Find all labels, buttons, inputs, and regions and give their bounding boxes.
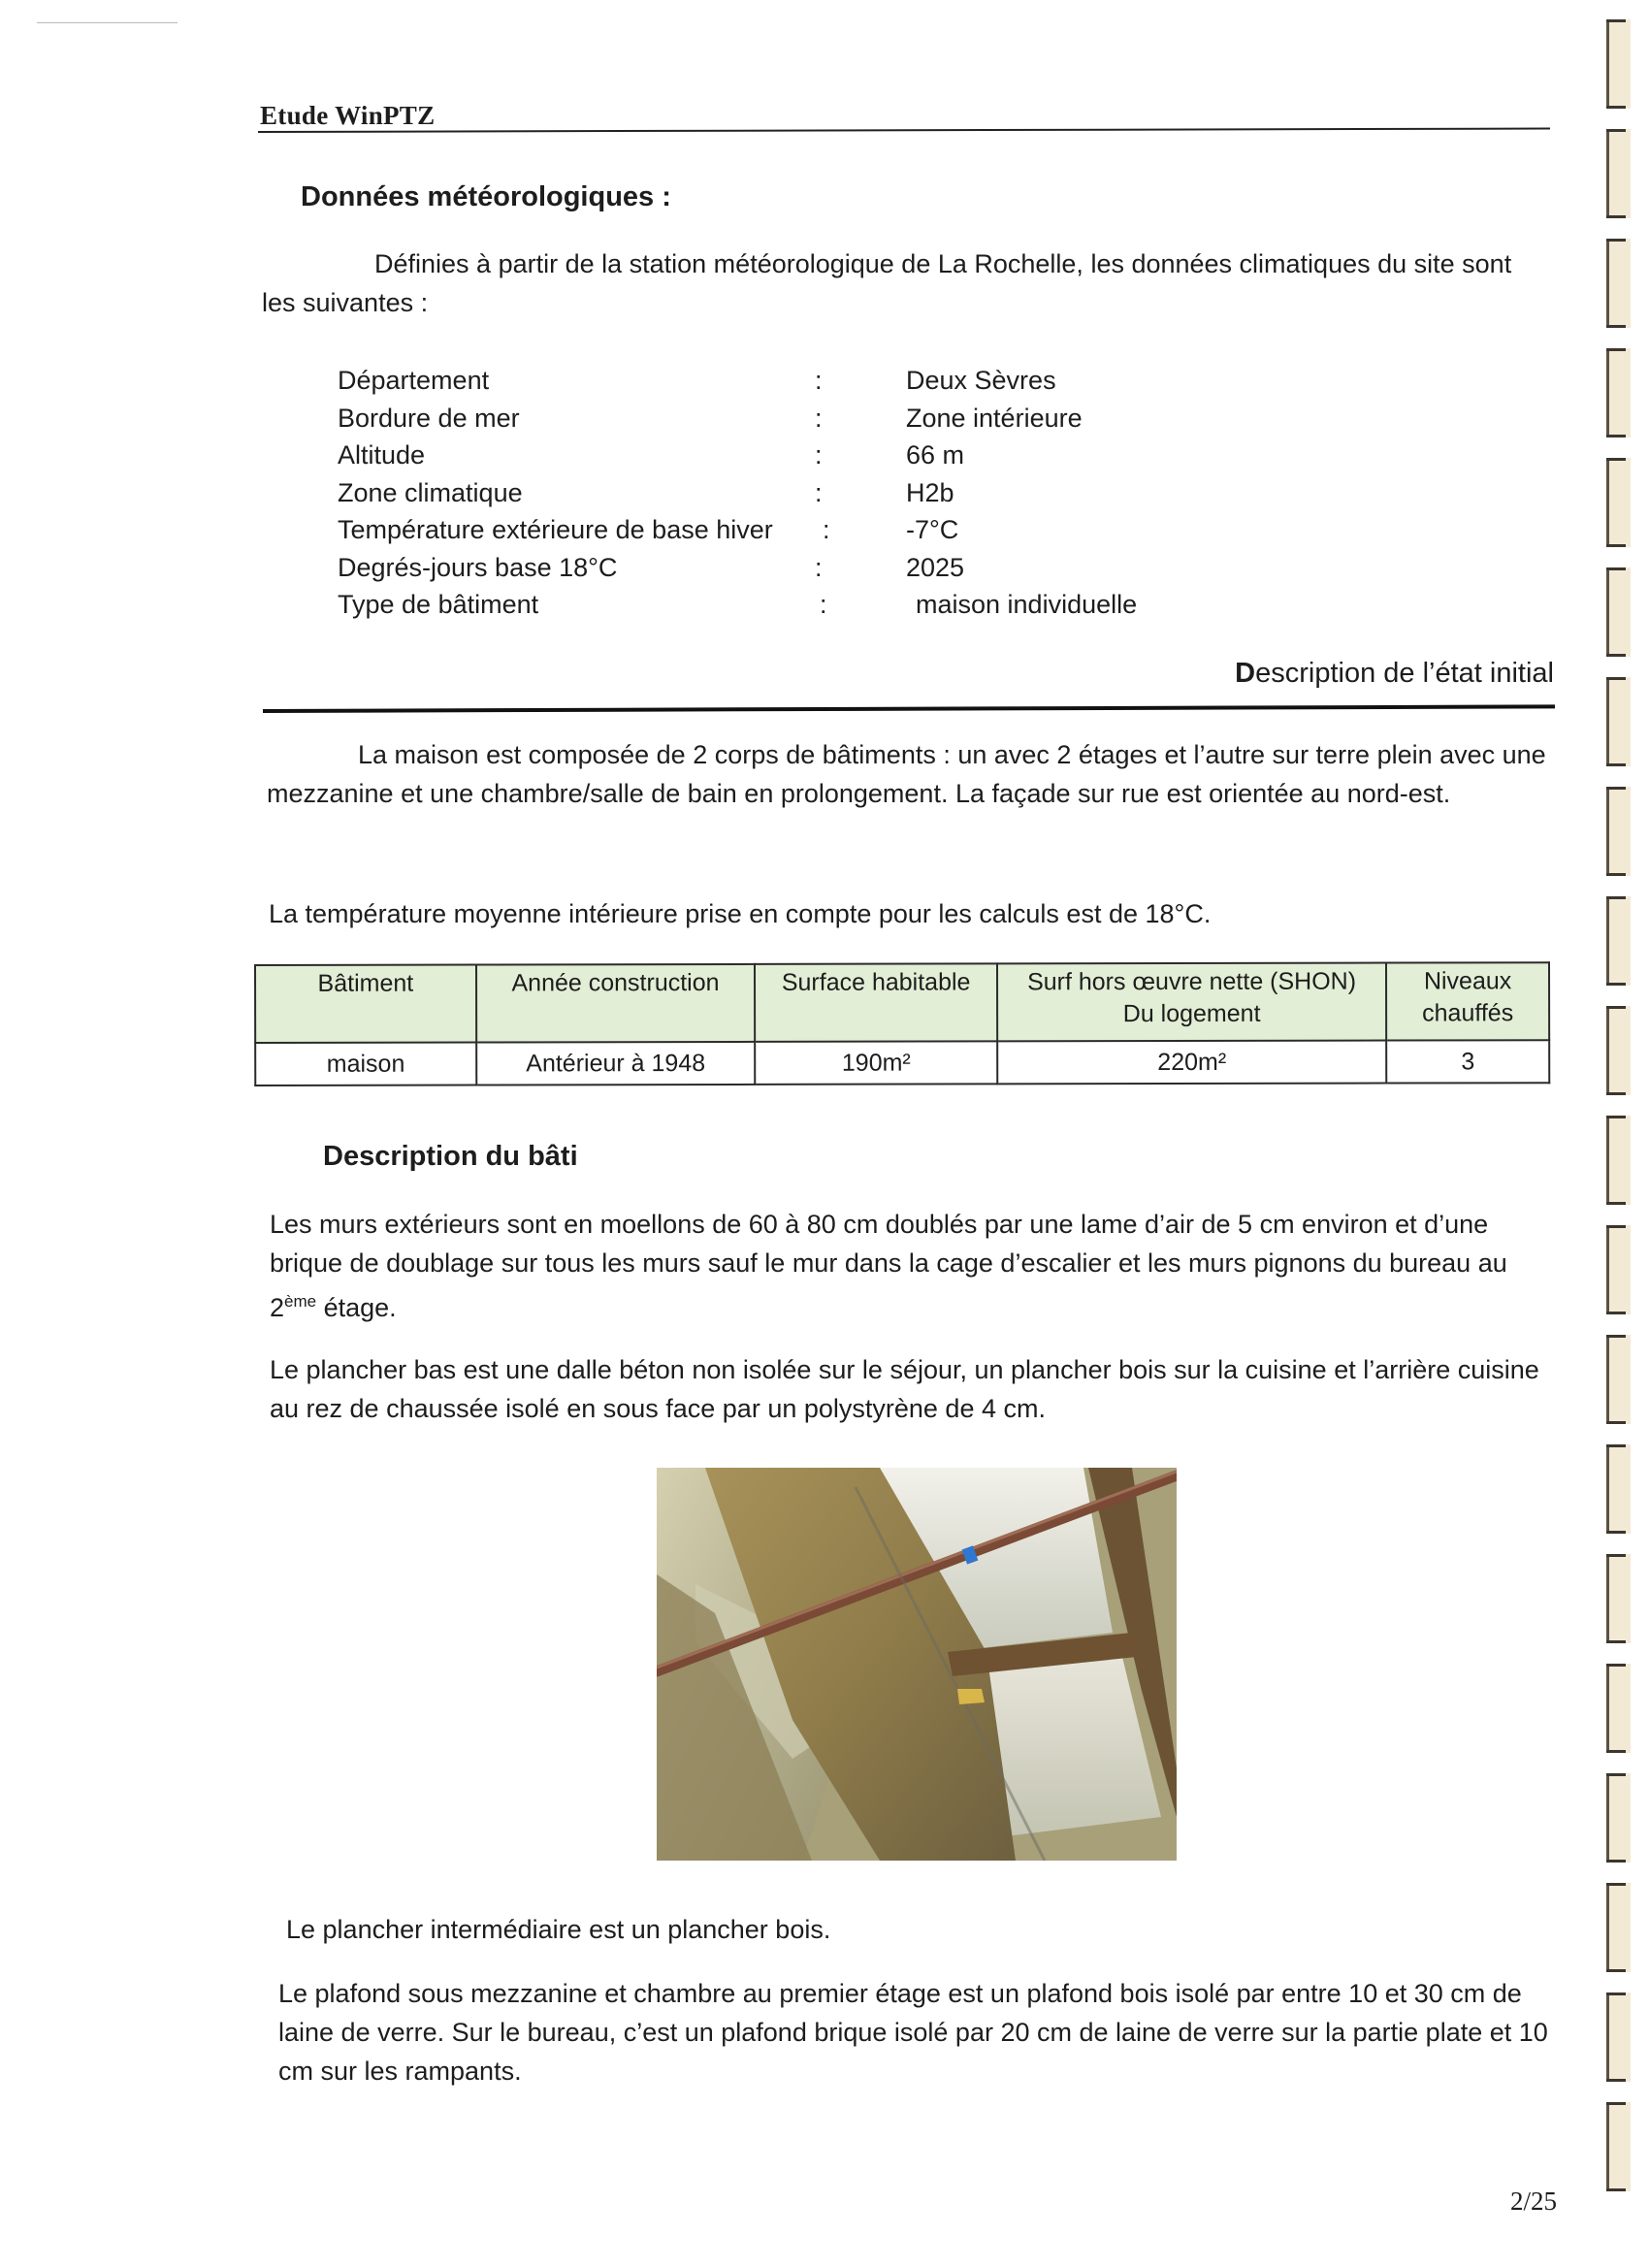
meteo-label: Degrés-jours base 18°C bbox=[338, 549, 617, 586]
meteo-row-type-batiment: Type de bâtiment : maison individuelle bbox=[338, 586, 1211, 624]
meteo-row-temperature-base: Température extérieure de base hiver : -… bbox=[338, 511, 1211, 549]
binding-coil bbox=[1606, 1554, 1631, 1643]
meteo-row-degres-jours: Degrés-jours base 18°C : 2025 bbox=[338, 549, 1211, 587]
col-header-batiment: Bâtiment bbox=[255, 965, 476, 1043]
temperature-note: La température moyenne intérieure prise … bbox=[269, 894, 1211, 933]
binding-coil bbox=[1606, 458, 1631, 547]
header-line: Niveaux bbox=[1393, 965, 1542, 997]
binding-coil bbox=[1606, 1444, 1631, 1534]
binding-coil bbox=[1606, 2102, 1631, 2191]
etat-initial-text: La maison est composée de 2 corps de bât… bbox=[267, 740, 1546, 808]
header-line: Du logement bbox=[1004, 998, 1379, 1031]
header-line: Année construction bbox=[483, 967, 749, 1000]
etat-initial-title: Description de l’état initial bbox=[1235, 658, 1554, 690]
binding-coil bbox=[1606, 677, 1631, 766]
cell-annee-construction: Antérieur à 1948 bbox=[476, 1042, 756, 1085]
etat-title-rest: escription de l’état initial bbox=[1255, 658, 1554, 689]
meteo-label: Bordure de mer bbox=[338, 400, 520, 437]
etat-initial-paragraph: La maison est composée de 2 corps de bât… bbox=[267, 735, 1547, 813]
binding-coil bbox=[1606, 1006, 1631, 1095]
cell-shon: 220m² bbox=[997, 1041, 1386, 1085]
meteo-colon: : bbox=[815, 474, 823, 511]
binding-coil bbox=[1606, 1664, 1631, 1753]
binding-coil bbox=[1606, 19, 1631, 109]
binding-coil bbox=[1606, 1225, 1631, 1314]
col-header-annee-construction: Année construction bbox=[476, 964, 756, 1043]
ordinal-superscript: ème bbox=[284, 1292, 316, 1311]
cell-surface-habitable: 190m² bbox=[755, 1041, 997, 1085]
underfloor-photo bbox=[657, 1468, 1177, 1861]
page-number: 2/25 bbox=[1510, 2187, 1557, 2217]
meteo-row-altitude: Altitude : 66 m bbox=[338, 437, 1211, 474]
section-rule bbox=[263, 704, 1555, 713]
header-line: Surf hors œuvre nette (SHON) bbox=[1004, 966, 1379, 999]
binding-coil bbox=[1606, 1335, 1631, 1424]
meteo-label: Type de bâtiment bbox=[338, 586, 538, 623]
building-table: Bâtiment Année construction Surface habi… bbox=[254, 961, 1550, 1086]
header-line: chauffés bbox=[1393, 997, 1542, 1029]
table-row: maison Antérieur à 1948 190m² 220m² 3 bbox=[255, 1040, 1549, 1085]
meteo-intro-text: Définies à partir de la station météorol… bbox=[262, 249, 1511, 317]
meteo-value: 66 m bbox=[906, 437, 964, 473]
binding-coil bbox=[1606, 896, 1631, 986]
meteo-row-departement: Département : Deux Sèvres bbox=[338, 362, 1211, 400]
binding-coil bbox=[1606, 567, 1631, 657]
binding-coil bbox=[1606, 787, 1631, 876]
meteo-value: -7°C bbox=[906, 511, 958, 548]
meteo-label: Température extérieure de base hiver bbox=[338, 511, 773, 548]
meteo-value: Zone intérieure bbox=[906, 400, 1083, 437]
binding-coil bbox=[1606, 1993, 1631, 2082]
cell-niveaux-chauffes: 3 bbox=[1386, 1040, 1549, 1083]
col-header-shon: Surf hors œuvre nette (SHON)Du logement bbox=[997, 963, 1386, 1042]
meteo-value: Deux Sèvres bbox=[906, 362, 1056, 399]
walls-text-end: étage. bbox=[316, 1293, 397, 1322]
meteo-colon: : bbox=[815, 362, 823, 399]
spiral-binding bbox=[1606, 19, 1628, 2251]
meteo-section-title: Données météorologiques : bbox=[301, 181, 671, 213]
binding-coil bbox=[1606, 348, 1631, 437]
binding-coil bbox=[1606, 239, 1631, 328]
meteo-value: maison individuelle bbox=[916, 586, 1137, 623]
intermediate-floor-note: Le plancher intermédiaire est un planche… bbox=[286, 1910, 830, 1949]
meteo-value: H2b bbox=[906, 474, 954, 511]
binding-coil bbox=[1606, 129, 1631, 218]
meteo-colon: : bbox=[815, 400, 823, 437]
meteo-data-list: Département : Deux Sèvres Bordure de mer… bbox=[338, 362, 1211, 624]
header-rule bbox=[258, 128, 1550, 133]
cell-batiment: maison bbox=[255, 1043, 476, 1085]
meteo-colon: : bbox=[820, 586, 827, 623]
meteo-row-bordure-de-mer: Bordure de mer : Zone intérieure bbox=[338, 400, 1211, 437]
binding-coil bbox=[1606, 1773, 1631, 1863]
ceiling-paragraph: Le plafond sous mezzanine et chambre au … bbox=[278, 1974, 1559, 2090]
meteo-colon: : bbox=[815, 437, 823, 473]
binding-coil bbox=[1606, 1116, 1631, 1205]
walls-text: Les murs extérieurs sont en moellons de … bbox=[270, 1210, 1507, 1322]
meteo-colon: : bbox=[823, 511, 830, 548]
walls-paragraph: Les murs extérieurs sont en moellons de … bbox=[270, 1205, 1550, 1327]
meteo-row-zone-climatique: Zone climatique : H2b bbox=[338, 474, 1211, 512]
meteo-value: 2025 bbox=[906, 549, 964, 586]
meteo-intro: Définies à partir de la station météorol… bbox=[262, 244, 1523, 322]
col-header-niveaux-chauffes: Niveauxchauffés bbox=[1386, 962, 1549, 1040]
meteo-label: Département bbox=[338, 362, 489, 399]
bati-section-title: Description du bâti bbox=[323, 1141, 578, 1173]
meteo-label: Altitude bbox=[338, 437, 425, 473]
binding-coil bbox=[1606, 1883, 1631, 1972]
header-line: Bâtiment bbox=[262, 968, 469, 1000]
header-line: Surface habitable bbox=[761, 966, 990, 998]
etat-title-initial-letter: D bbox=[1235, 658, 1255, 689]
meteo-label: Zone climatique bbox=[338, 474, 523, 511]
running-header: Etude WinPTZ bbox=[260, 101, 435, 131]
table-header-row: Bâtiment Année construction Surface habi… bbox=[255, 962, 1549, 1043]
floor-paragraph: Le plancher bas est une dalle béton non … bbox=[270, 1350, 1550, 1428]
meteo-colon: : bbox=[815, 549, 823, 586]
scan-corner-mark bbox=[37, 22, 178, 23]
col-header-surface-habitable: Surface habitable bbox=[755, 963, 997, 1042]
photo-illustration bbox=[657, 1468, 1177, 1861]
